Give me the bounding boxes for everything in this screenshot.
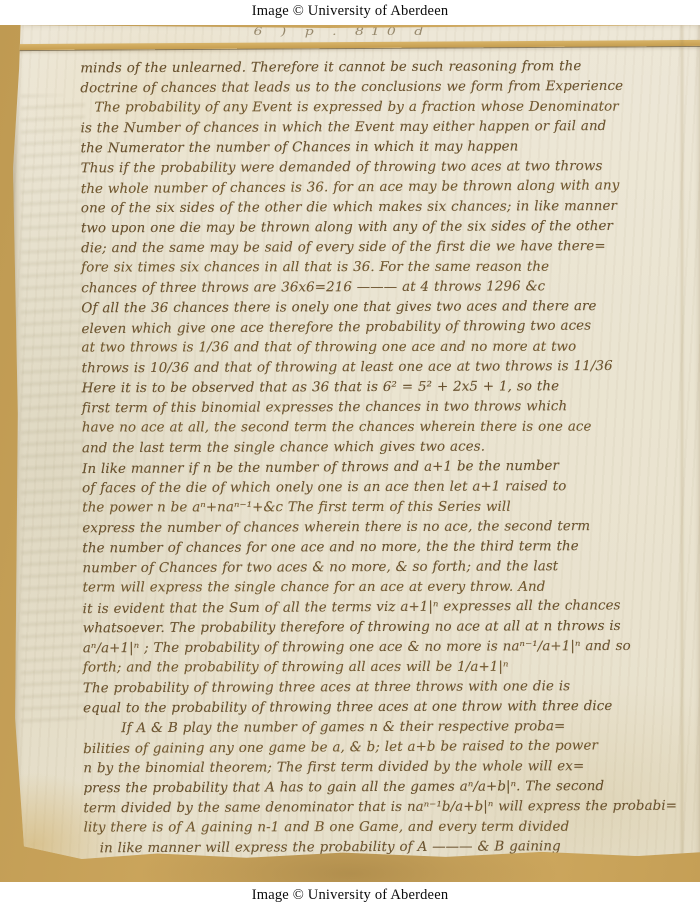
manuscript-line: doctrine of chances that leads us to the… [80, 77, 680, 100]
manuscript-line: term will express the single chance for … [83, 577, 683, 598]
manuscript-line: eleven which give one ace therefore the … [81, 316, 681, 340]
bleed-through-fragment: 6 ) p . 810 d [253, 26, 430, 38]
manuscript-text: minds of the unlearned. Therefore it can… [80, 57, 683, 860]
manuscript-line: have no ace at all, the second term the … [82, 417, 682, 438]
manuscript-line: it is evident that the Sum of all the te… [83, 596, 683, 620]
manuscript-line: is the Number of chances in which the Ev… [81, 117, 681, 140]
manuscript-line: term divided by the same denominator tha… [83, 797, 683, 820]
ink-bleed-texture [21, 95, 85, 725]
manuscript-photo: 6 ) p . 810 d minds of the unlearned. Th… [0, 25, 700, 882]
manuscript-line: The probability of any Event is expresse… [94, 97, 680, 118]
manuscript-line: of faces of the die of which onely one i… [82, 477, 682, 500]
manuscript-line: forth; and the probability of throwing a… [83, 657, 683, 678]
manuscript-line: press the probability that A has to gain… [83, 777, 683, 800]
manuscript-line: one of the six sides of the other die wh… [81, 197, 681, 220]
manuscript-line: the Numerator the number of Chances in w… [81, 137, 681, 160]
manuscript-line: the power n be aⁿ+naⁿ⁻¹+&c The first ter… [82, 497, 682, 518]
manuscript-line: in like manner will express the probabil… [100, 837, 684, 860]
manuscript-line: the whole number of chances is 36. for a… [81, 176, 681, 200]
manuscript-line: n by the binomial theorem; The first ter… [83, 757, 683, 780]
top-copyright-caption: Image © University of Aberdeen [0, 3, 700, 20]
fold-crease [7, 40, 700, 50]
manuscript-line: chances of three throws are 36x6=216 ———… [81, 277, 681, 300]
manuscript-line: aⁿ/a+1|ⁿ ; The probability of throwing o… [83, 637, 683, 660]
manuscript-line: fore six times six chances in all that i… [81, 257, 681, 278]
manuscript-line: die; and the same may be said of every s… [81, 237, 681, 260]
manuscript-line: two upon one die may be thrown along wit… [81, 217, 681, 240]
manuscript-line: whatsoever. The probability therefore of… [83, 617, 683, 640]
manuscript-line: bilities of gaining any one game be a, &… [83, 736, 683, 760]
manuscript-line: In like manner if n be the number of thr… [82, 456, 682, 480]
manuscript-line: throws is 10/36 and that of throwing at … [82, 357, 682, 380]
manuscript-line: at two throws is 1/36 and that of throwi… [82, 337, 682, 358]
manuscript-paper: 6 ) p . 810 d minds of the unlearned. Th… [13, 25, 700, 870]
page: Image © University of Aberdeen 6 ) p . 8… [0, 0, 700, 910]
manuscript-line: express the number of chances wherein th… [82, 517, 682, 540]
manuscript-line: number of Chances for two aces & no more… [82, 557, 682, 580]
bottom-copyright-caption: Image © University of Aberdeen [0, 887, 700, 904]
manuscript-line: lity there is of A gaining n-1 and B one… [84, 817, 684, 838]
manuscript-line: Here it is to be observed that as 36 tha… [82, 377, 682, 400]
manuscript-line: The probability of throwing three aces a… [83, 677, 683, 700]
manuscript-line: equal to the probability of throwing thr… [83, 697, 683, 720]
manuscript-line: first term of this binomial expresses th… [82, 397, 682, 420]
manuscript-line: minds of the unlearned. Therefore it can… [80, 57, 680, 80]
manuscript-line: the number of chances for one ace and no… [82, 537, 682, 560]
